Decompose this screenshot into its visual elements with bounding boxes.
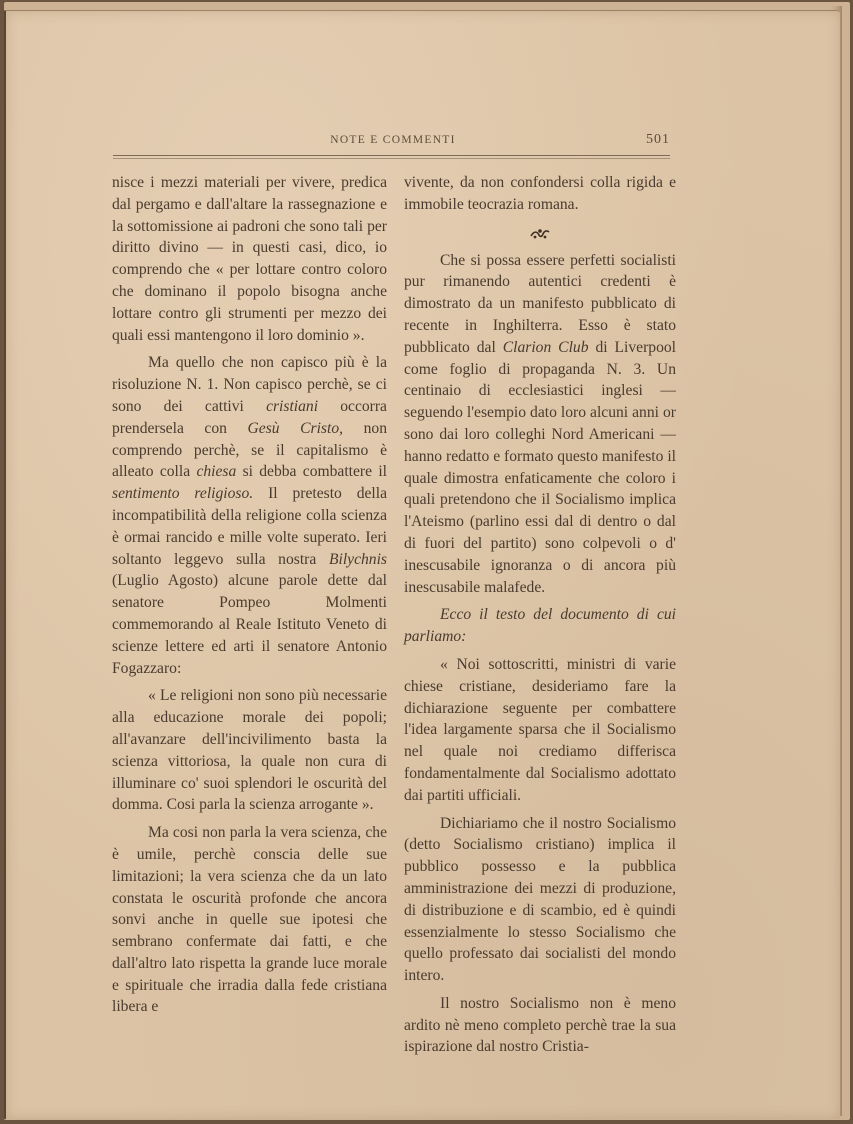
quotation: « Noi sottoscritti, ministri di varie ch… bbox=[404, 654, 676, 807]
running-header: NOTE E COMMENTI 501 bbox=[113, 134, 670, 154]
header-rule bbox=[113, 155, 670, 156]
paragraph: Ma cosi non parla la vera scienza, che è… bbox=[112, 822, 387, 1018]
paragraph: Il nostro Socialismo non è meno ardito n… bbox=[404, 993, 676, 1058]
italic-term: Clarion Club bbox=[503, 339, 589, 356]
italic-intro: Ecco il testo del documento di cui parli… bbox=[404, 604, 676, 648]
italic-term: sentimento religioso. bbox=[112, 485, 253, 502]
italic-term: Gesù Cristo, bbox=[248, 420, 344, 437]
header-rule-thin bbox=[113, 158, 670, 159]
quotation: « Le religioni non sono più necessarie a… bbox=[112, 685, 387, 816]
page-number: 501 bbox=[646, 132, 670, 148]
fleuron-icon bbox=[404, 224, 676, 244]
running-title: NOTE E COMMENTI bbox=[313, 134, 473, 146]
paragraph: vivente, da non confondersi colla rigida… bbox=[404, 172, 676, 216]
italic-term: chiesa bbox=[196, 463, 236, 480]
italic-term: cristiani bbox=[266, 398, 318, 415]
paragraph: Ma quello che non capisco più è la risol… bbox=[112, 352, 387, 679]
paragraph: nisce i mezzi materiali per vivere, pred… bbox=[112, 172, 387, 346]
paragraph: Dichiariamo che il nostro Socialismo (de… bbox=[404, 813, 676, 987]
italic-title: Bilychnis bbox=[329, 551, 387, 568]
left-column: nisce i mezzi materiali per vivere, pred… bbox=[112, 172, 387, 1018]
paragraph: Che si possa essere perfetti socialisti … bbox=[404, 250, 676, 599]
right-column: vivente, da non confondersi colla rigida… bbox=[404, 172, 676, 1058]
